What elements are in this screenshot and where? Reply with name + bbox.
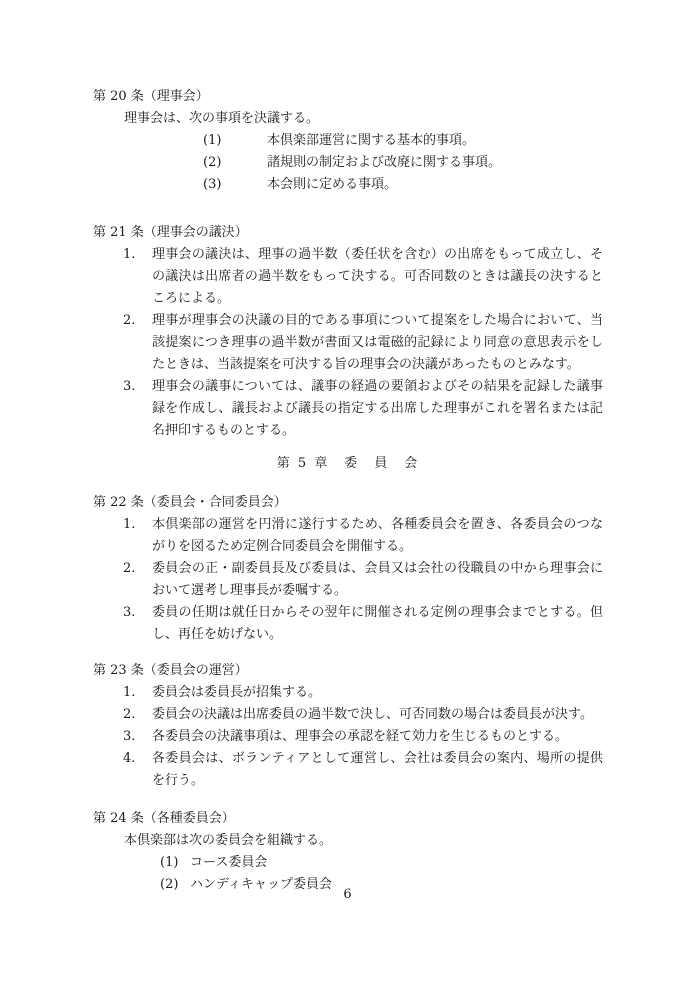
- article-24-intro: 本倶楽部は次の委員会を組織する。: [93, 830, 603, 852]
- item-number: 2.: [123, 704, 152, 726]
- item-number: 1.: [123, 244, 152, 310]
- item-text: 本倶楽部運営に関する基本的事項。: [267, 130, 475, 152]
- item-text: 各委員会の決議事項は、理事会の承認を経て効力を生じるものとする。: [152, 726, 603, 748]
- item-number: 3.: [123, 376, 152, 442]
- item-text: 理事会の議決は、理事の過半数（委任状を含む）の出席をもって成立し、その議決は出席…: [152, 244, 603, 310]
- item-text: 理事が理事会の決議の目的である事項について提案をした場合において、当該提案につき…: [152, 310, 603, 376]
- list-item: 3. 委員の任期は就任日からその翌年に開催される定例の理事会までとする。但し、再…: [93, 602, 603, 646]
- article-24-title: 第 24 条（各種委員会）: [93, 808, 603, 830]
- item-number: 1.: [123, 682, 152, 704]
- list-item: (3) 本会則に定める事項。: [93, 174, 603, 196]
- item-text: 諸規則の制定および改廃に関する事項。: [267, 152, 501, 174]
- article-22-title: 第 22 条（委員会・合同委員会）: [93, 492, 603, 514]
- list-item: 1. 本倶楽部の運営を円滑に遂行するため、各種委員会を置き、各委員会のつながりを…: [93, 514, 603, 558]
- item-number: (3): [203, 174, 267, 196]
- item-number: 1.: [123, 514, 152, 558]
- item-number: (1): [160, 852, 190, 874]
- item-number: 2.: [123, 558, 152, 602]
- list-item: (2) 諸規則の制定および改廃に関する事項。: [93, 152, 603, 174]
- article-23: 第 23 条（委員会の運営） 1. 委員会は委員長が招集する。 2. 委員会の決…: [93, 660, 603, 792]
- item-number: (1): [203, 130, 267, 152]
- chapter-heading: 第 5 章 委 員 会: [93, 453, 603, 475]
- item-text: 本会則に定める事項。: [267, 174, 397, 196]
- list-item: 4. 各委員会は、ボランティアとして運営し、会社は委員会の案内、場所の提供を行う…: [93, 748, 603, 792]
- article-20-title: 第 20 条（理事会）: [93, 86, 603, 108]
- item-text: 委員会は委員長が招集する。: [152, 682, 603, 704]
- item-text: 理事会の議事については、議事の経過の要領およびその結果を記録した議事録を作成し、…: [152, 376, 603, 442]
- item-text: 本倶楽部の運営を円滑に遂行するため、各種委員会を置き、各委員会のつながりを図るた…: [152, 514, 603, 558]
- article-22: 第 22 条（委員会・合同委員会） 1. 本倶楽部の運営を円滑に遂行するため、各…: [93, 492, 603, 646]
- list-item: 2. 理事が理事会の決議の目的である事項について提案をした場合において、当該提案…: [93, 310, 603, 376]
- article-21-title: 第 21 条（理事会の議決）: [93, 222, 603, 244]
- list-item: (1) 本倶楽部運営に関する基本的事項。: [93, 130, 603, 152]
- item-text: 各委員会は、ボランティアとして運営し、会社は委員会の案内、場所の提供を行う。: [152, 748, 603, 792]
- list-item: 3. 理事会の議事については、議事の経過の要領およびその結果を記録した議事録を作…: [93, 376, 603, 442]
- page-content: 第 20 条（理事会） 理事会は、次の事項を決議する。 (1) 本倶楽部運営に関…: [93, 86, 603, 896]
- list-item: 1. 理事会の議決は、理事の過半数（委任状を含む）の出席をもって成立し、その議決…: [93, 244, 603, 310]
- list-item: (1) コース委員会: [93, 852, 603, 874]
- article-23-title: 第 23 条（委員会の運営）: [93, 660, 603, 682]
- list-item: 1. 委員会は委員長が招集する。: [93, 682, 603, 704]
- article-20: 第 20 条（理事会） 理事会は、次の事項を決議する。 (1) 本倶楽部運営に関…: [93, 86, 603, 196]
- item-number: 4.: [123, 748, 152, 792]
- list-item: 2. 委員会の決議は出席委員の過半数で決し、可否同数の場合は委員長が決す。: [93, 704, 603, 726]
- document-page: 第 20 条（理事会） 理事会は、次の事項を決議する。 (1) 本倶楽部運営に関…: [0, 0, 695, 982]
- item-text: 委員の任期は就任日からその翌年に開催される定例の理事会までとする。但し、再任を妨…: [152, 602, 603, 646]
- list-item: 3. 各委員会の決議事項は、理事会の承認を経て効力を生じるものとする。: [93, 726, 603, 748]
- item-number: 2.: [123, 310, 152, 376]
- list-item: 2. 委員会の正・副委員長及び委員は、会員又は会社の役職員の中から理事会において…: [93, 558, 603, 602]
- page-number: 6: [0, 884, 695, 906]
- article-21: 第 21 条（理事会の議決） 1. 理事会の議決は、理事の過半数（委任状を含む）…: [93, 222, 603, 442]
- item-number: (2): [203, 152, 267, 174]
- article-24: 第 24 条（各種委員会） 本倶楽部は次の委員会を組織する。 (1) コース委員…: [93, 808, 603, 896]
- item-number: 3.: [123, 726, 152, 748]
- item-text: 委員会の決議は出席委員の過半数で決し、可否同数の場合は委員長が決す。: [152, 704, 603, 726]
- item-number: 3.: [123, 602, 152, 646]
- item-text: コース委員会: [190, 852, 267, 874]
- article-20-intro: 理事会は、次の事項を決議する。: [93, 108, 603, 130]
- item-text: 委員会の正・副委員長及び委員は、会員又は会社の役職員の中から理事会において選考し…: [152, 558, 603, 602]
